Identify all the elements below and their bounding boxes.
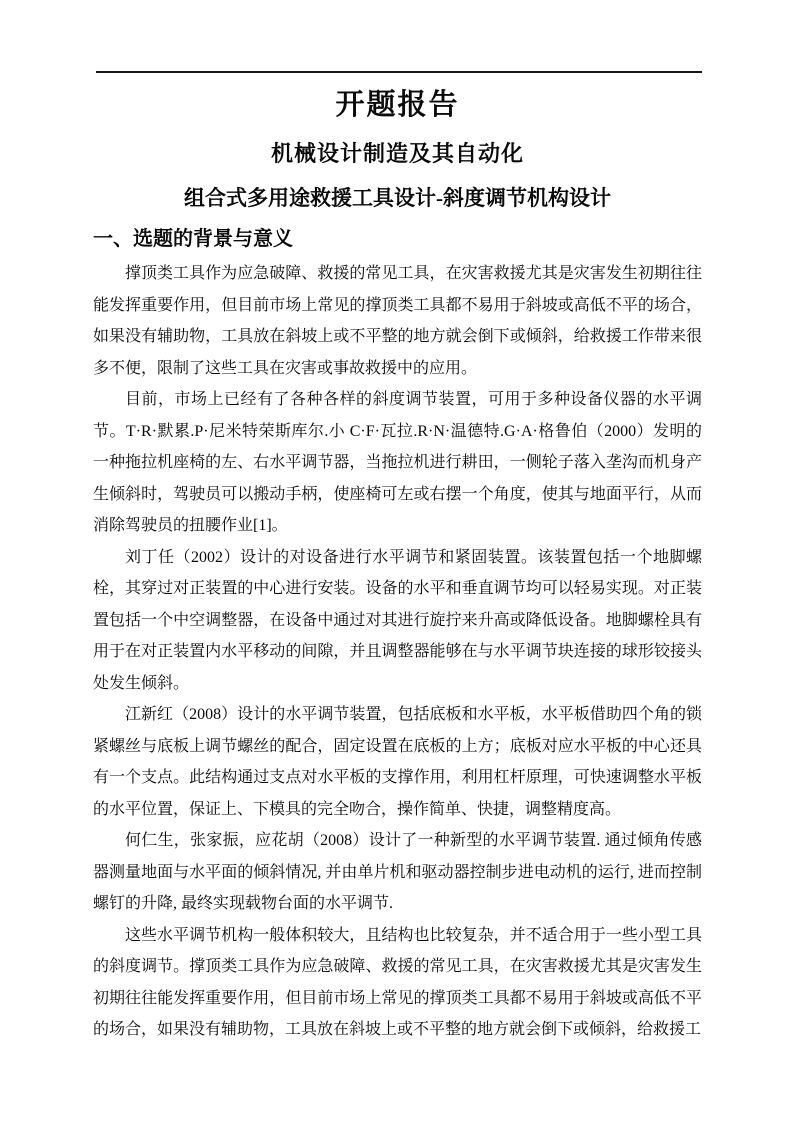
paragraph-liu-dingren-2002: 刘丁任（2002）设计的对设备进行水平调节和紧固装置。该装置包括一个地脚螺栓，其… xyxy=(93,542,702,700)
paragraph-jiang-xinhong-2008: 江新红（2008）设计的水平调节装置，包括底板和水平板，水平板借助四个角的锁紧螺… xyxy=(93,699,702,825)
document-content: 开题报告 机械设计制造及其自动化 组合式多用途救援工具设计-斜度调节机构设计 一… xyxy=(93,73,702,1046)
section-heading: 一、选题的背景与意义 xyxy=(93,225,702,253)
paragraph-existing-devices: 目前，市场上已经有了各种各样的斜度调节装置，可用于多种设备仪器的水平调节。T·R… xyxy=(93,384,702,542)
paragraph-he-rensheng-2008: 何仁生，张家振，应花胡（2008）设计了一种新型的水平调节装置. 通过倾角传感器… xyxy=(93,825,702,920)
paragraph-background-1: 撑顶类工具作为应急破障、救援的常见工具，在灾害救援尤其是灾害发生初期往往能发挥重… xyxy=(93,258,702,384)
subtitle-major: 机械设计制造及其自动化 xyxy=(93,139,702,169)
page-title: 开题报告 xyxy=(93,86,702,124)
subtitle-topic: 组合式多用途救援工具设计-斜度调节机构设计 xyxy=(93,183,702,213)
paragraph-summary: 这些水平调节机构一般体积较大，且结构也比较复杂，并不适合用于一些小型工具的斜度调… xyxy=(93,920,702,1046)
body-text: 撑顶类工具作为应急破障、救援的常见工具，在灾害救援尤其是灾害发生初期往往能发挥重… xyxy=(93,258,702,1046)
document-page: 开题报告 机械设计制造及其自动化 组合式多用途救援工具设计-斜度调节机构设计 一… xyxy=(0,0,793,1122)
